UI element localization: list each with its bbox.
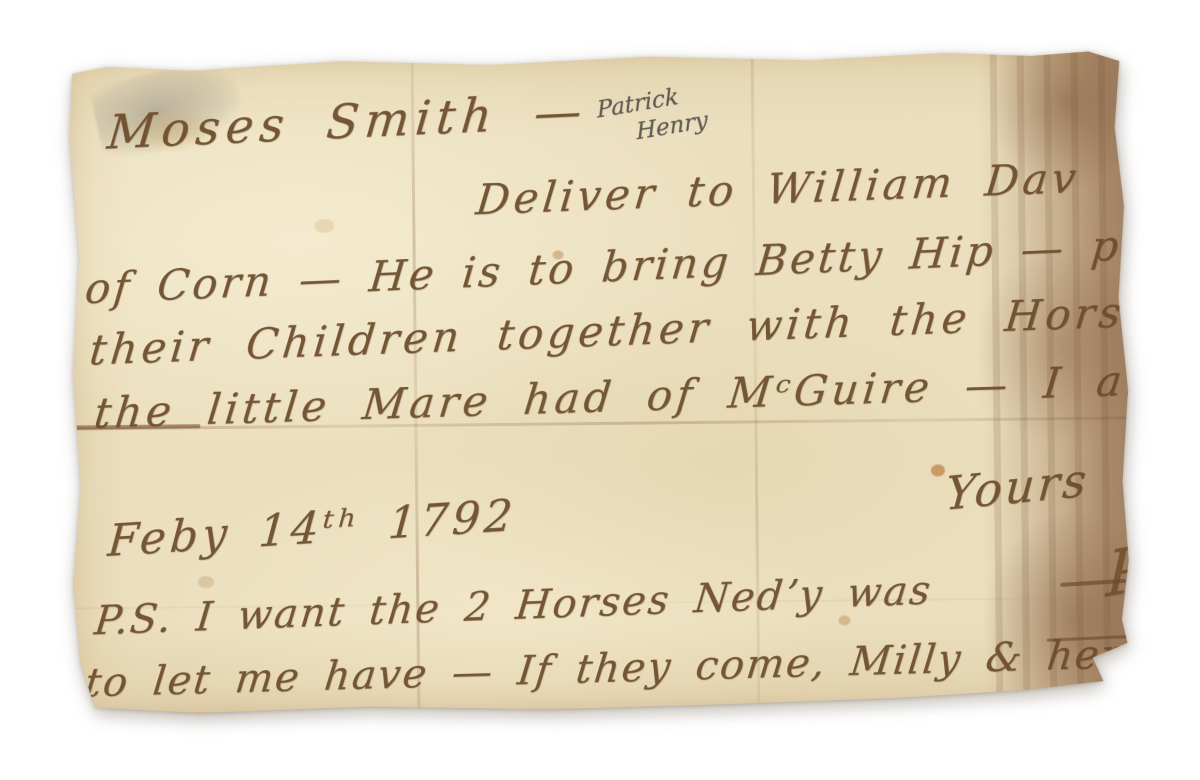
handwriting-date-line: Feby 14ᵗʰ 1792 <box>106 490 518 567</box>
manuscript-paper-wrapper: Patrick Henry Moses Smith — Deliver to W… <box>65 48 1134 715</box>
pencil-annotation: Patrick Henry <box>596 78 708 153</box>
foxing-spot <box>198 576 214 588</box>
handwriting-postscript-line1: P.S. I want the 2 Horses Nedʼy was <box>92 567 934 644</box>
handwriting-postscript-line2: to let me have — If they come, Milly & h… <box>83 631 1125 706</box>
foxing-spot <box>314 219 334 233</box>
photo-backdrop: Patrick Henry Moses Smith — Deliver to W… <box>0 0 1200 780</box>
foxing-spot <box>931 464 945 476</box>
handwriting-signature-initial: P <box>1105 530 1134 612</box>
manuscript-paper: Patrick Henry Moses Smith — Deliver to W… <box>65 48 1134 715</box>
